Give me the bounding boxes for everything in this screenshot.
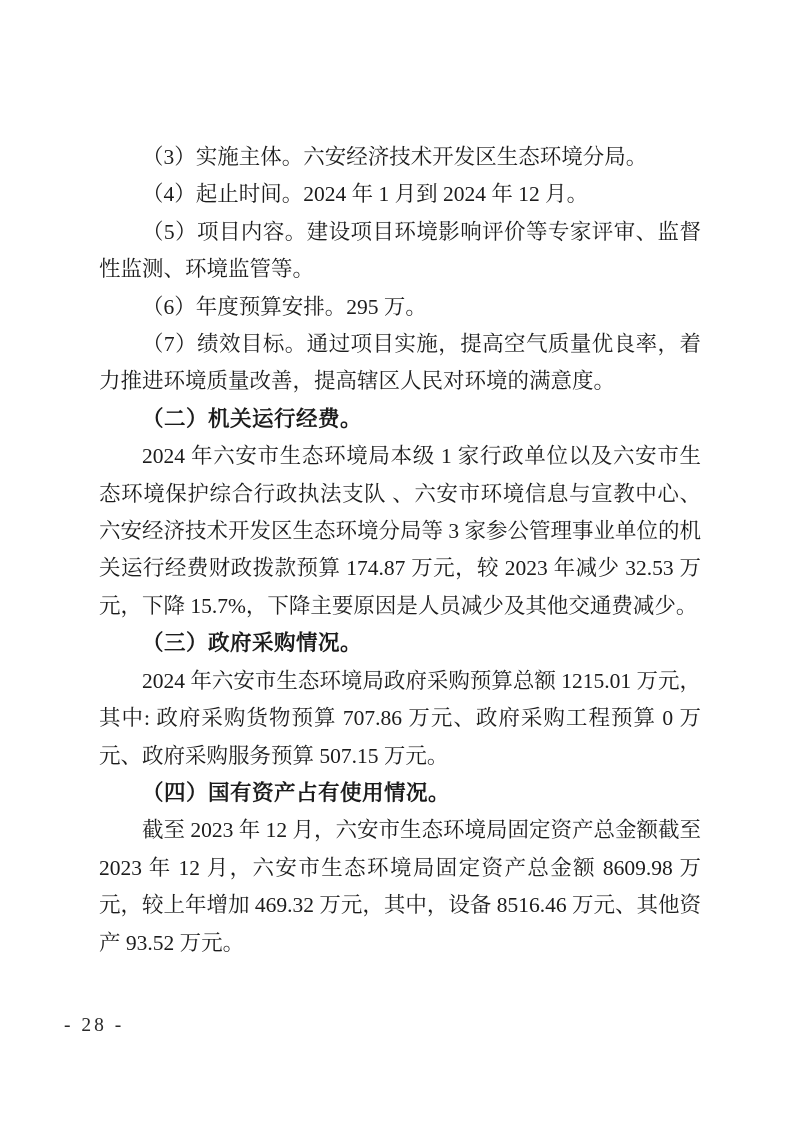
paragraph-agency-operating-funds-body: 2024 年六安市生态环境局本级 1 家行政单位以及六安市生态环境保护综合行政执…: [99, 438, 701, 625]
document-page: （3）实施主体。六安经济技术开发区生态环境分局。 （4）起止时间。2024 年 …: [0, 0, 793, 1122]
paragraph-item-5: （5）项目内容。建设项目环境影响评价等专家评审、监督性监测、环境监管等。: [99, 214, 701, 289]
section-heading-agency-operating-funds: （二）机关运行经费。: [99, 401, 701, 438]
paragraph-state-owned-assets-body: 截至 2023 年 12 月，六安市生态环境局固定资产总金额截至 2023 年 …: [99, 812, 701, 962]
document-content: （3）实施主体。六安经济技术开发区生态环境分局。 （4）起止时间。2024 年 …: [99, 139, 701, 962]
paragraph-item-6: （6）年度预算安排。295 万。: [99, 289, 701, 326]
page-number: - 28 -: [64, 1015, 124, 1037]
paragraph-item-4: （4）起止时间。2024 年 1 月到 2024 年 12 月。: [99, 176, 701, 213]
section-heading-government-procurement: （三）政府采购情况。: [99, 625, 701, 662]
paragraph-government-procurement-body: 2024 年六安市生态环境局政府采购预算总额 1215.01 万元，其中: 政府…: [99, 663, 701, 775]
paragraph-item-7: （7）绩效目标。通过项目实施，提高空气质量优良率，着力推进环境质量改善，提高辖区…: [99, 326, 701, 401]
paragraph-item-3: （3）实施主体。六安经济技术开发区生态环境分局。: [99, 139, 701, 176]
section-heading-state-owned-assets: （四）国有资产占有使用情况。: [99, 775, 701, 812]
